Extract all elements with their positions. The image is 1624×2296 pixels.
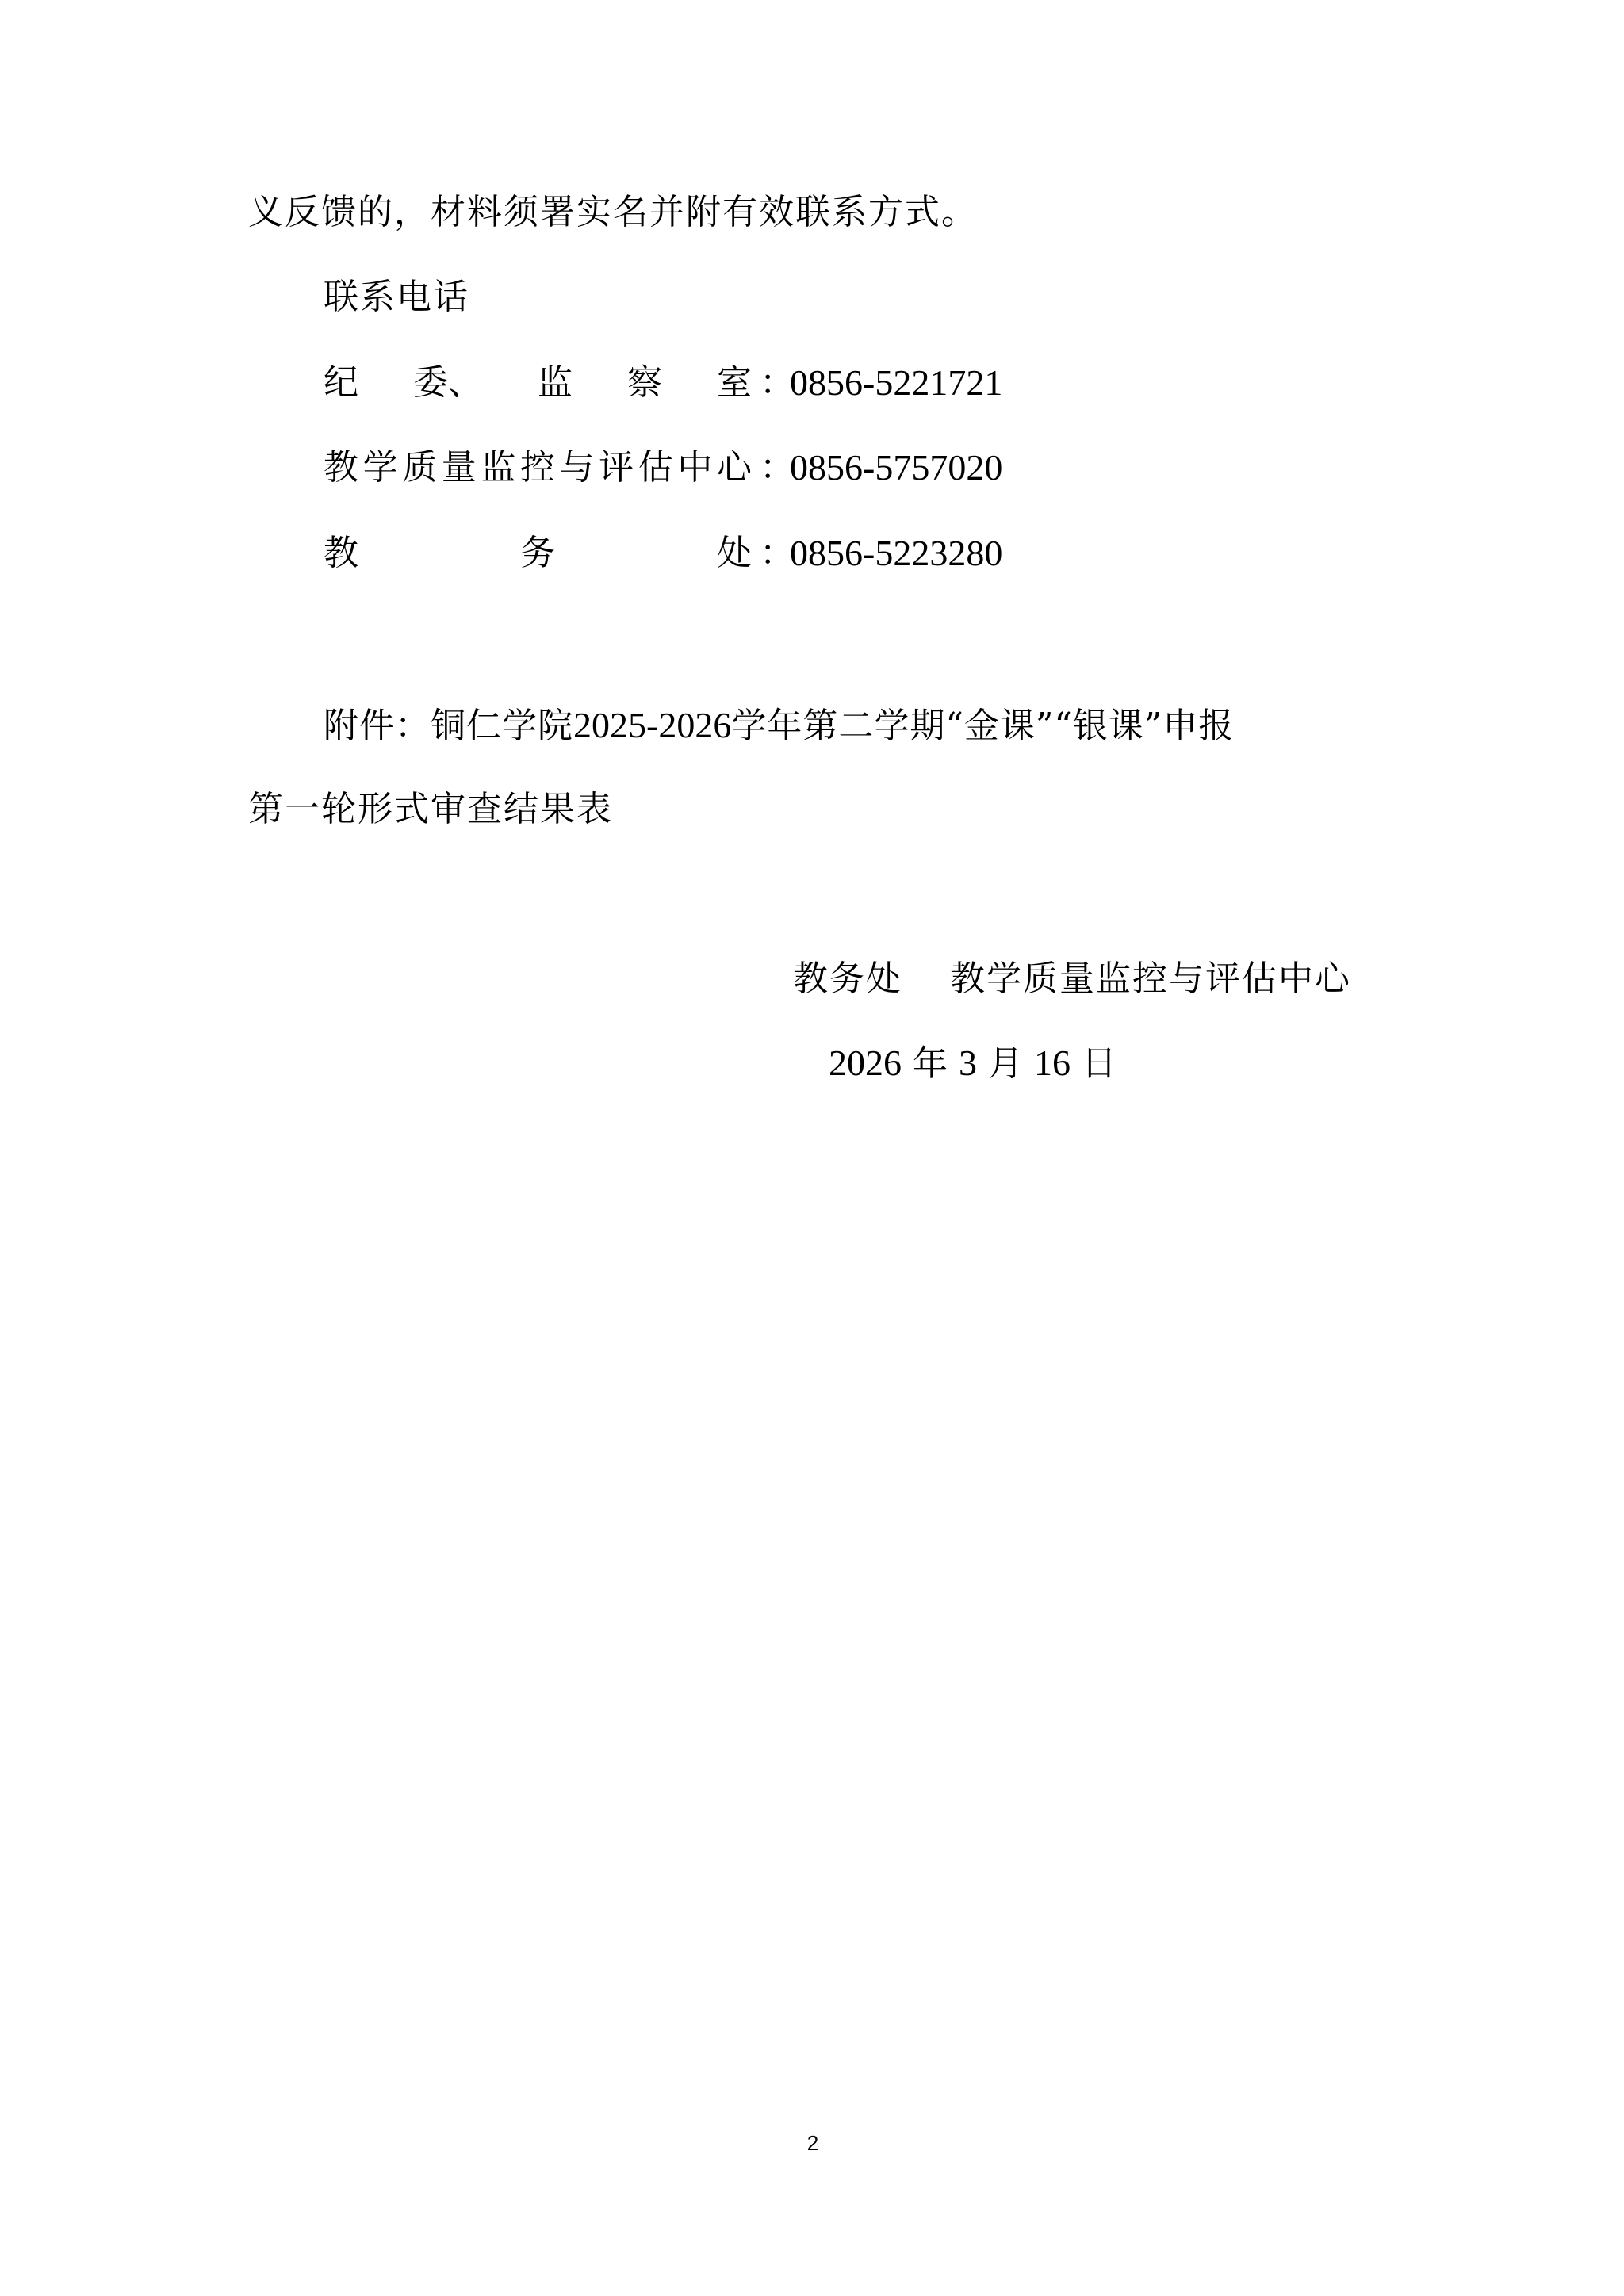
label-char: 估	[638, 446, 673, 490]
label-char: 学	[363, 446, 398, 490]
label-char: 察	[627, 361, 662, 405]
issuer-quality-center: 教学质量监控与评估中心	[950, 959, 1351, 999]
attachment-line-2: 第一轮形式审查结果表	[248, 787, 613, 832]
document-page: 义反馈的，材料须署实名并附有效联系方式。 联系电话 纪 委、 监 察 室 ： 0…	[0, 0, 1624, 2296]
contact-label: 教 学 质 量 监 控 与 评 估 中 心	[324, 446, 752, 490]
page-number: 2	[801, 2131, 825, 2155]
date-day-unit: 日	[1082, 1043, 1116, 1084]
label-char: 心	[717, 446, 752, 490]
label-char: 与	[560, 446, 595, 490]
label-char: 处	[717, 531, 752, 576]
contact-phone: 0856-5221721	[790, 361, 1002, 405]
issuer-academic-affairs: 教务处	[793, 959, 902, 999]
contact-label: 纪 委、 监 察 室	[324, 361, 752, 405]
label-char: 监	[538, 361, 573, 405]
label-char: 委、	[413, 361, 483, 405]
date-year-unit: 年	[913, 1043, 948, 1084]
label-char: 监	[481, 446, 515, 490]
label-char: 纪	[324, 361, 358, 405]
label-char: 评	[599, 446, 634, 490]
contact-label: 教 务 处	[324, 531, 752, 576]
attachment-line-1: 附件：铜仁学院2025-2026学年第二学期“金课”“银课”申报	[324, 703, 1234, 748]
label-char: 中	[677, 446, 712, 490]
contact-phone: 0856-5223280	[790, 531, 1002, 576]
label-char: 教	[324, 531, 358, 576]
date-year: 2026	[829, 1043, 902, 1083]
attachment-prefix: 附件：铜仁学院	[324, 706, 573, 746]
contact-phone: 0856-5757020	[790, 446, 1002, 490]
date-day: 16	[1034, 1043, 1071, 1083]
attachment-title: 学年第二学期“金课”“银课”申报	[731, 706, 1234, 746]
signature-date: 2026 年 3 月 16 日	[829, 1041, 1116, 1086]
signature-issuers: 教务处教学质量监控与评估中心	[793, 957, 1351, 1001]
date-month: 3	[959, 1043, 977, 1083]
label-char: 务	[520, 531, 555, 576]
attachment-years: 2025-2026	[573, 705, 731, 745]
date-month-unit: 月	[988, 1043, 1023, 1084]
label-char: 控	[520, 446, 555, 490]
label-char: 量	[442, 446, 477, 490]
contact-heading: 联系电话	[324, 275, 469, 320]
continuation-paragraph-line: 义反馈的，材料须署实名并附有效联系方式。	[248, 190, 978, 235]
label-char: 室	[717, 361, 752, 405]
label-char: 质	[402, 446, 437, 490]
label-char: 教	[324, 446, 358, 490]
